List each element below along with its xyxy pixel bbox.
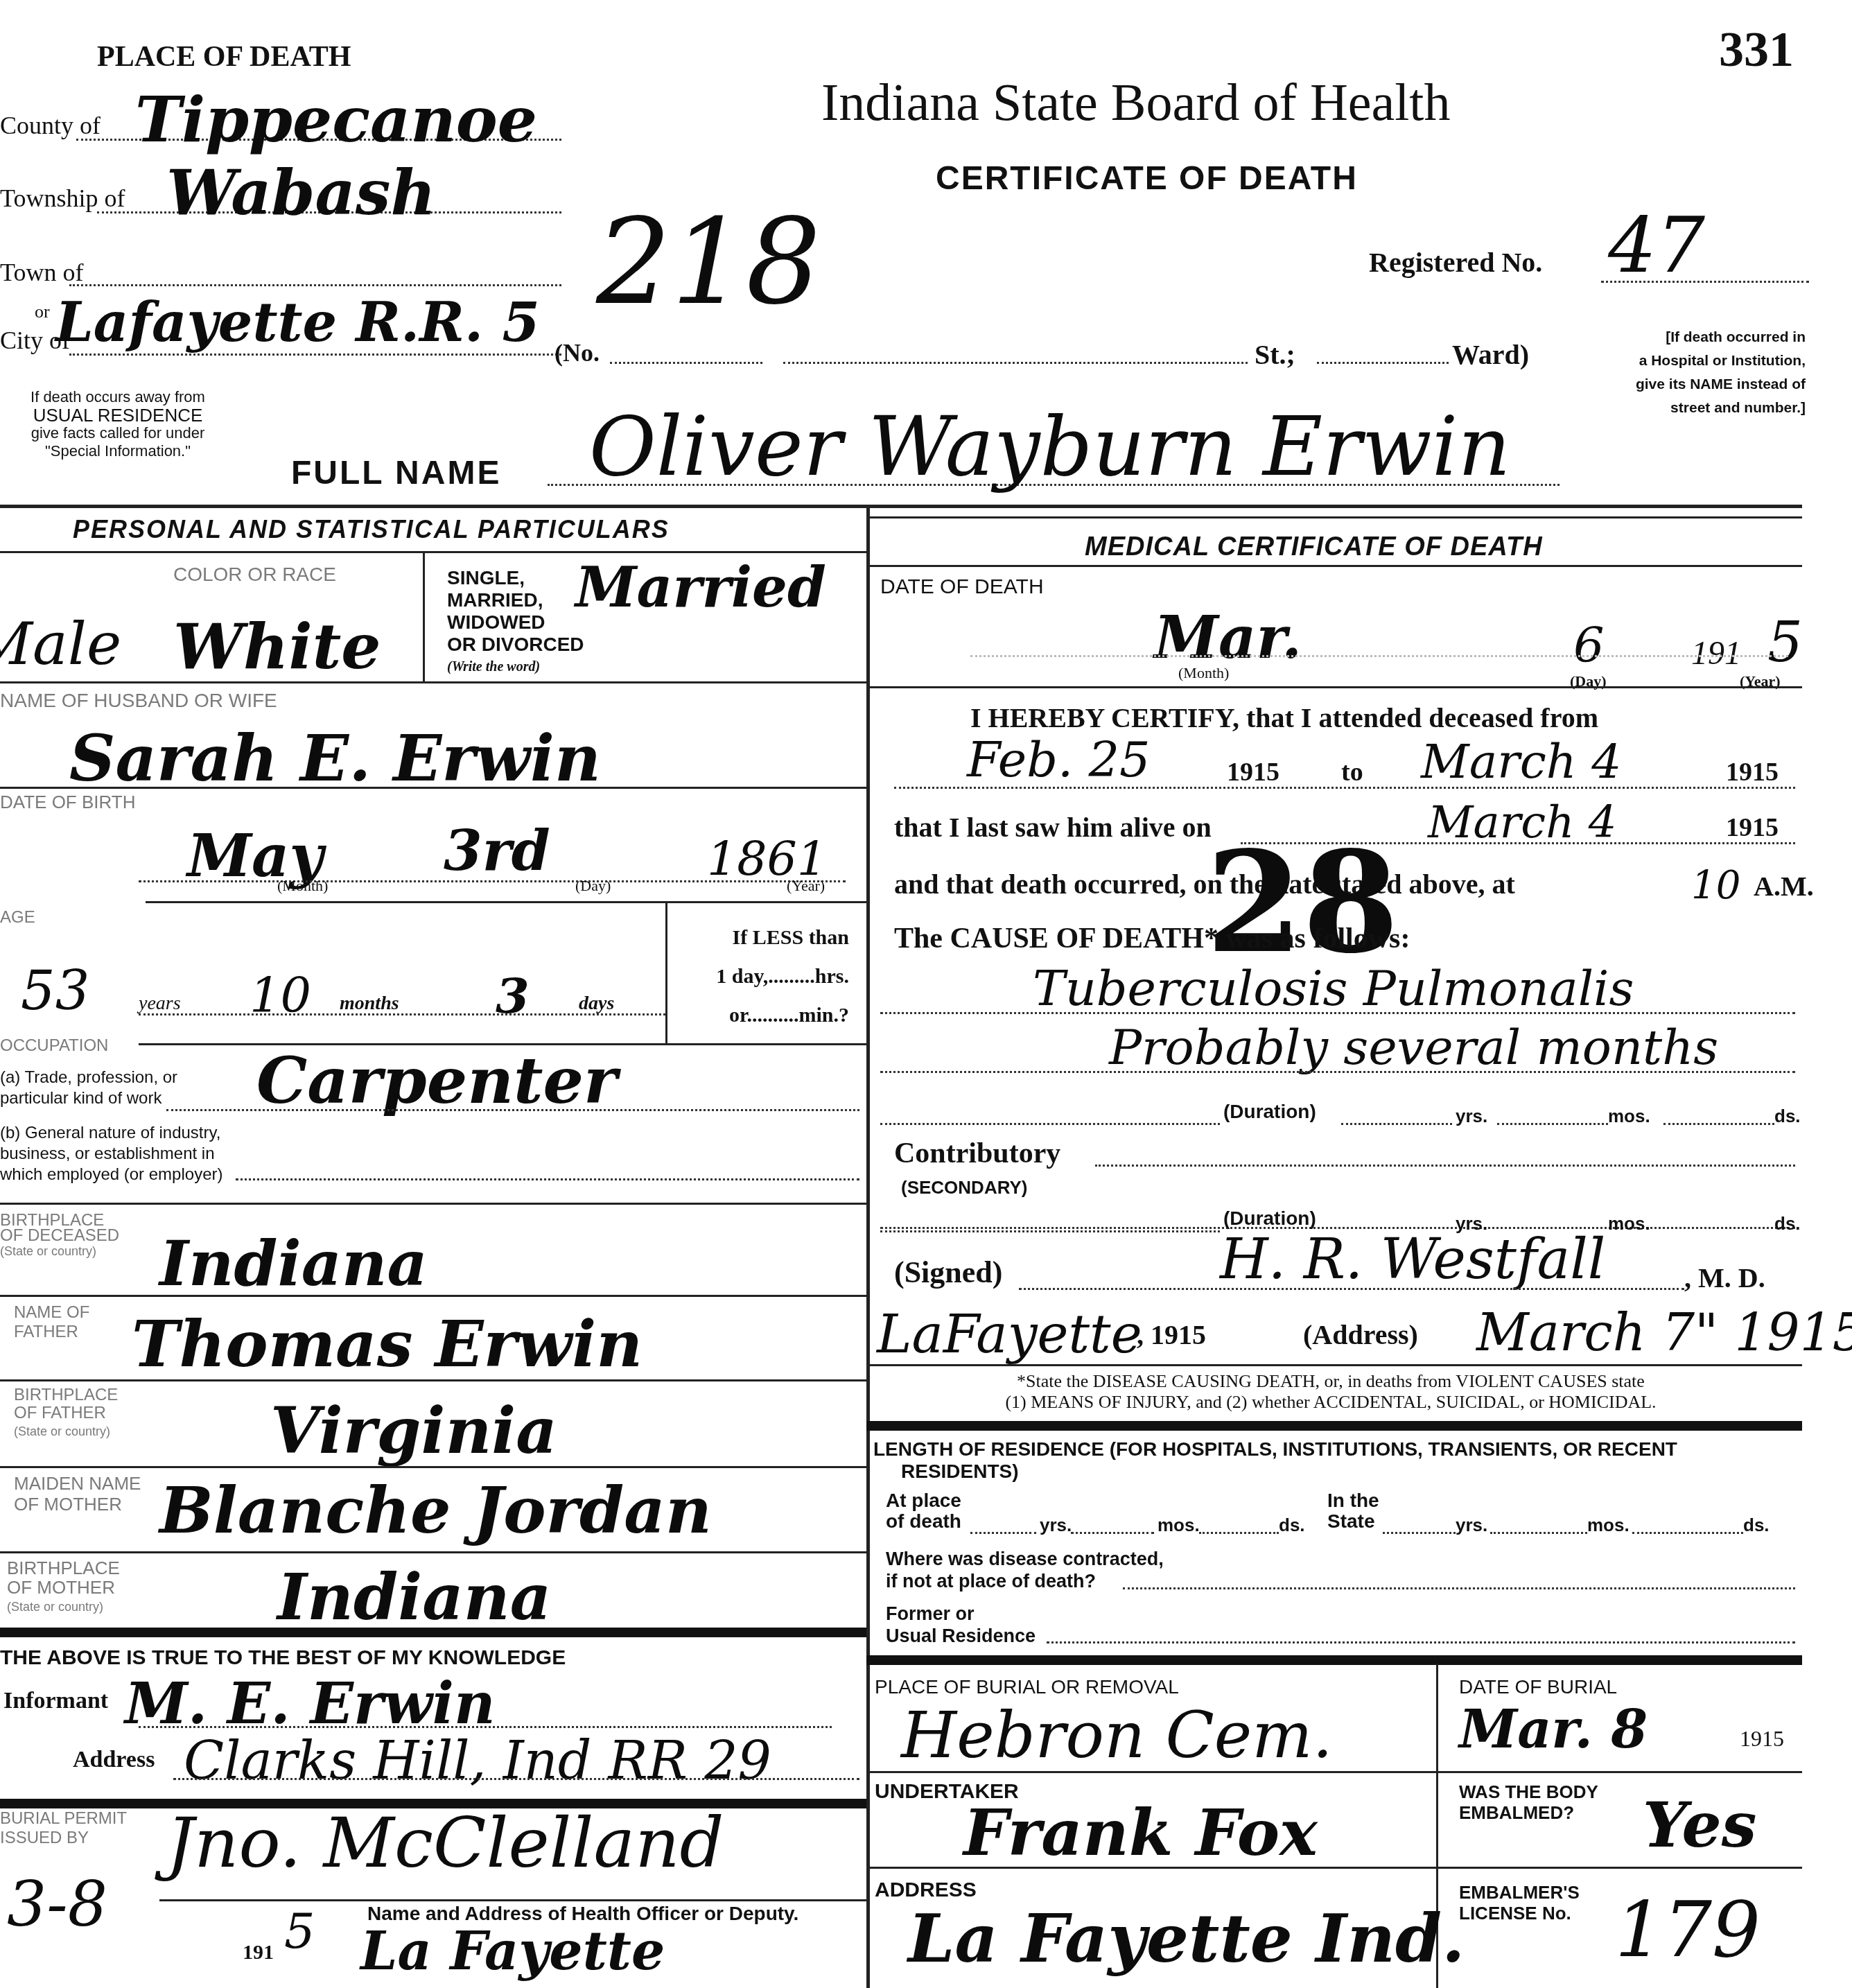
township-label: Township of (0, 184, 125, 213)
away-note-line: give facts called for under (7, 424, 229, 442)
at-place-mos: mos. (1157, 1515, 1200, 1536)
away-note-line: If death occurs away from (7, 388, 229, 406)
duration-mos-2: mos. (1608, 1213, 1650, 1235)
to-label: to (1341, 757, 1363, 787)
where-contracted-label: Where was disease contracted, if not at … (886, 1548, 1164, 1592)
mother-label-line: MAIDEN NAME (14, 1473, 141, 1494)
at-place-ds: ds. (1279, 1515, 1305, 1536)
time-value: 10 (1691, 863, 1740, 908)
permit-label-line: BURIAL PERMIT (0, 1809, 127, 1829)
dob-label: DATE OF BIRTH (0, 792, 136, 813)
street-no-label: (No. (554, 338, 600, 367)
former-residence-label: Former or Usual Residence (886, 1603, 1036, 1647)
place-of-death-heading: PLACE OF DEATH (97, 40, 351, 73)
mother-label-line: OF MOTHER (14, 1494, 141, 1515)
where-contracted-line: if not at place of death? (886, 1570, 1164, 1592)
registered-no-value: 47 (1608, 201, 1705, 290)
signed-value: H. R. Westfall (1220, 1227, 1605, 1291)
permit-label-line: ISSUED BY (0, 1829, 127, 1848)
marital-label-line: SINGLE, (447, 567, 584, 589)
page-number: 331 (1719, 21, 1794, 78)
birthplace-label-line: OF DECEASED (0, 1228, 119, 1244)
embalmed-label-line: WAS THE BODY (1459, 1781, 1598, 1802)
at-place-line: At place (886, 1490, 961, 1511)
license-label: EMBALMER'S LICENSE No. (1459, 1882, 1580, 1924)
ward-label: Ward) (1452, 338, 1529, 371)
marital-label-line: OR DIVORCED (447, 634, 584, 656)
burial-date-year: 1915 (1740, 1726, 1784, 1752)
footnote-line: (1) MEANS OF INJURY, and (2) whether ACC… (915, 1392, 1747, 1413)
in-state-yrs: yrs. (1456, 1515, 1487, 1536)
father-label-line: NAME OF (14, 1303, 89, 1323)
marital-label: SINGLE, MARRIED, WIDOWED OR DIVORCED (Wr… (447, 567, 584, 678)
informant-address-label: Address (73, 1747, 155, 1773)
age-days: 3 (496, 967, 530, 1024)
father-birthplace-value: Virginia (270, 1393, 557, 1468)
file-number: 218 (596, 194, 821, 331)
registered-no-label: Registered No. (1369, 246, 1542, 279)
last-saw-year: 1915 (1726, 812, 1779, 843)
less-than-line: or..........min.? (683, 996, 849, 1035)
agency-title: Indiana State Board of Health (821, 73, 1450, 133)
occupation-hint-b: (b) General nature of industry, business… (0, 1123, 222, 1185)
license-label-line: EMBALMER'S (1459, 1882, 1580, 1903)
informant-label: Informant (3, 1688, 108, 1714)
in-state-ds: ds. (1743, 1515, 1770, 1536)
marital-label-line: WIDOWED (447, 611, 584, 634)
away-note-line: "Special Information." (7, 442, 229, 460)
duration-label-1: (Duration) (1223, 1101, 1316, 1123)
last-saw-text: that I last saw him alive on (894, 811, 1212, 844)
age-months-caption: months (340, 993, 399, 1015)
at-place-label: At place of death (886, 1490, 961, 1532)
age-days-caption: days (579, 993, 614, 1015)
age-years: 53 (21, 960, 89, 1022)
dob-month-caption: (Month) (277, 877, 328, 895)
color-value: White (173, 610, 381, 683)
burial-place-value: Hebron Cem. (901, 1698, 1333, 1772)
sign-place: LaFayette (877, 1303, 1142, 1365)
in-state-line: State (1327, 1511, 1379, 1532)
occupation-value: Carpenter (256, 1043, 618, 1118)
father-value: Thomas Erwin (132, 1307, 643, 1381)
less-than-line: 1 day,.........hrs. (683, 957, 849, 996)
street-label: St.; (1255, 338, 1295, 371)
father-label: NAME OF FATHER (14, 1303, 89, 1342)
occupation-hint-line: business, or establishment in (0, 1144, 222, 1165)
sex-value: Male (0, 610, 121, 679)
hospital-note-line: street and number.] (1570, 396, 1806, 420)
mother-birthplace-label-line: (State or country) (7, 1597, 120, 1616)
full-name-label: FULL NAME (291, 454, 501, 492)
cause-line2: Probably several months (1109, 1019, 1718, 1076)
father-birthplace-label-line: BIRTHPLACE (14, 1386, 118, 1404)
away-note-line: USUAL RESIDENCE (7, 406, 229, 424)
occupation-label: OCCUPATION (0, 1036, 108, 1056)
secondary-label: (SECONDARY) (901, 1177, 1027, 1198)
death-month-caption: (Month) (1178, 664, 1229, 682)
address-label: (Address) (1303, 1318, 1418, 1351)
health-officer-city: La Fayette (360, 1920, 665, 1982)
mother-birthplace-label-line: OF MOTHER (7, 1578, 120, 1597)
medical-heading: MEDICAL CERTIFICATE OF DEATH (1085, 532, 1543, 562)
burial-date-value: Mar. 8 (1459, 1698, 1648, 1760)
father-birthplace-label-line: (State or country) (14, 1422, 118, 1440)
hospital-note-line: [If death occurred in (1570, 326, 1806, 349)
knowledge-line: THE ABOVE IS TRUE TO THE BEST OF MY KNOW… (0, 1646, 566, 1670)
county-label: County of (0, 111, 101, 140)
father-label-line: FATHER (14, 1323, 89, 1342)
sign-year: , 1915 (1137, 1318, 1206, 1351)
marital-value: Married (575, 555, 826, 620)
personal-heading: PERSONAL AND STATISTICAL PARTICULARS (73, 515, 670, 544)
last-saw-date: March 4 (1428, 797, 1616, 848)
in-state-label: In the State (1327, 1490, 1379, 1532)
dob-day-caption: (Day) (575, 877, 611, 895)
am-label: A.M. (1754, 870, 1814, 903)
death-month: Mar. (1154, 603, 1302, 672)
age-years-caption: years (139, 993, 181, 1015)
attended-to-year: 1915 (1726, 757, 1779, 787)
mother-birthplace-label: BIRTHPLACE OF MOTHER (State or country) (7, 1558, 120, 1616)
permit-label: BURIAL PERMIT ISSUED BY (0, 1809, 127, 1848)
birthplace-label: BIRTHPLACE OF DECEASED (State or country… (0, 1213, 119, 1259)
away-note: If death occurs away from USUAL RESIDENC… (7, 388, 229, 460)
footnote: *State the DISEASE CAUSING DEATH, or, in… (915, 1371, 1747, 1413)
cause-line1: Tuberculosis Pulmonalis (1033, 960, 1634, 1017)
where-contracted-line: Where was disease contracted, (886, 1548, 1164, 1570)
duration-ds-1: ds. (1774, 1106, 1801, 1127)
dob-year-caption: (Year) (787, 877, 825, 895)
occupation-hint-line: (a) Trade, profession, or (0, 1067, 177, 1088)
occurred-text: and that death occurred, on the date sta… (894, 868, 1515, 900)
sign-date: March 7" 1915 (1476, 1303, 1852, 1363)
mother-label: MAIDEN NAME OF MOTHER (14, 1473, 141, 1515)
death-year-suffix: 5 (1767, 610, 1803, 674)
dob-day: 3rd (444, 818, 550, 883)
permit-date: 3-8 (7, 1868, 107, 1941)
city-value: Lafayette R.R. 5 (55, 291, 540, 354)
former-residence-line: Former or (886, 1603, 1036, 1625)
color-label: COLOR OR RACE (173, 564, 336, 586)
duration-mos-1: mos. (1608, 1106, 1650, 1127)
burial-place-label: PLACE OF BURIAL OR REMOVAL (875, 1676, 1179, 1698)
mother-value: Blanche Jordan (159, 1473, 712, 1548)
township-value: Wabash (166, 156, 436, 229)
marital-label-line: MARRIED, (447, 589, 584, 611)
mother-birthplace-value: Indiana (277, 1560, 551, 1634)
in-state-line: In the (1327, 1490, 1379, 1511)
undertaker-address-value: La Fayette Ind. (908, 1899, 1465, 1978)
certificate-title: CERTIFICATE OF DEATH (936, 159, 1358, 198)
at-place-line: of death (886, 1511, 961, 1532)
contributory-label: Contributory (894, 1137, 1060, 1170)
county-value: Tippecanoe (135, 83, 537, 157)
occupation-hint-a: (a) Trade, profession, or particular kin… (0, 1067, 177, 1109)
less-than-line: If LESS than (683, 918, 849, 957)
father-birthplace-label: BIRTHPLACE OF FATHER (State or country) (14, 1386, 118, 1440)
father-birthplace-label-line: OF FATHER (14, 1404, 118, 1422)
date-of-death-label: DATE OF DEATH (880, 575, 1044, 599)
footnote-line: *State the DISEASE CAUSING DEATH, or, in… (915, 1371, 1747, 1392)
duration-ds-2: ds. (1774, 1213, 1801, 1235)
spouse-value: Sarah E. Erwin (69, 721, 601, 796)
birthplace-value: Indiana (159, 1227, 428, 1300)
death-year-prefix: 191 (1691, 634, 1741, 672)
or-label: or (35, 302, 50, 322)
residence-heading-line: RESIDENTS) (873, 1461, 1677, 1483)
embalmed-label: WAS THE BODY EMBALMED? (1459, 1781, 1598, 1823)
occupation-hint-line: particular kind of work (0, 1088, 177, 1109)
residence-heading: LENGTH OF RESIDENCE (FOR HOSPITALS, INST… (873, 1438, 1677, 1483)
md-label: , M. D. (1684, 1262, 1765, 1294)
birthplace-label-line: (State or country) (0, 1244, 119, 1259)
hospital-note: [If death occurred in a Hospital or Inst… (1570, 326, 1806, 420)
attended-from-year: 1915 (1227, 757, 1279, 787)
certify-text: I HEREBY CERTIFY, that I attended deceas… (970, 701, 1598, 734)
less-than-note: If LESS than 1 day,.........hrs. or.....… (683, 918, 849, 1035)
license-value: 179 (1615, 1885, 1761, 1974)
marital-hint: (Write the word) (447, 656, 584, 678)
permit-year-prefix: 191 (243, 1941, 274, 1964)
former-residence-line: Usual Residence (886, 1625, 1036, 1647)
permit-value: Jno. McClelland (166, 1802, 724, 1883)
signed-label: (Signed) (894, 1255, 1002, 1290)
full-name-value: Oliver Wayburn Erwin (589, 399, 1510, 494)
hospital-note-line: a Hospital or Institution, (1570, 349, 1806, 373)
residence-heading-line: LENGTH OF RESIDENCE (FOR HOSPITALS, INST… (873, 1438, 1677, 1461)
in-state-mos: mos. (1587, 1515, 1630, 1536)
embalmed-label-line: EMBALMED? (1459, 1802, 1598, 1823)
undertaker-value: Frank Fox (963, 1795, 1318, 1870)
cause-text: The CAUSE OF DEATH* was as follows: (894, 922, 1410, 955)
license-label-line: LICENSE No. (1459, 1903, 1580, 1924)
embalmed-value: Yes (1643, 1788, 1756, 1862)
occupation-hint-line: which employed (or employer) (0, 1165, 222, 1185)
undertaker-address-label: ADDRESS (875, 1878, 977, 1902)
hospital-note-line: give its NAME instead of (1570, 373, 1806, 396)
burial-date-label: DATE OF BURIAL (1459, 1676, 1617, 1698)
spouse-label: NAME OF HUSBAND OR WIFE (0, 690, 277, 712)
attended-to: March 4 (1421, 735, 1621, 790)
at-place-yrs: yrs. (1040, 1515, 1072, 1536)
duration-yrs-1: yrs. (1456, 1106, 1487, 1127)
mother-birthplace-label-line: BIRTHPLACE (7, 1558, 120, 1578)
town-label: Town of (0, 258, 83, 287)
occupation-hint-line: (b) General nature of industry, (0, 1123, 222, 1144)
attended-from: Feb. 25 (967, 731, 1151, 788)
death-day: 6 (1573, 617, 1605, 674)
age-label: AGE (0, 908, 35, 927)
informant-address-value: Clarks Hill, Ind RR 29 (184, 1729, 771, 1791)
permit-year-suffix: 5 (284, 1903, 315, 1960)
